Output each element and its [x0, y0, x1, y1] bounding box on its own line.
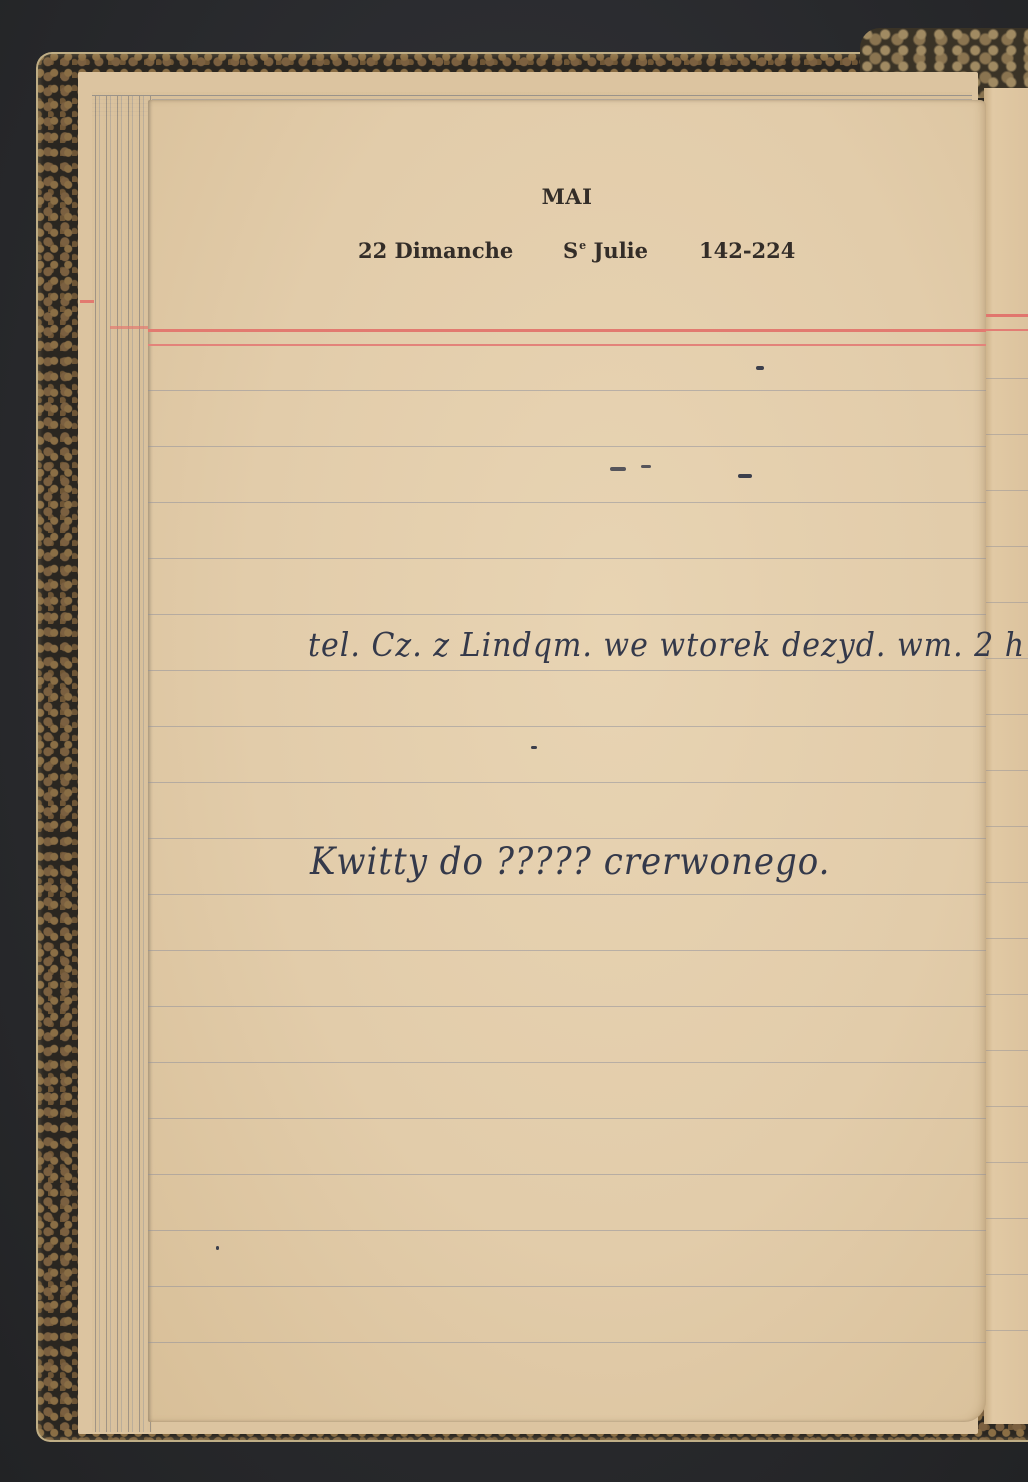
facing-page — [984, 88, 1028, 1424]
diary-page: MAI 22 Dimanche Se Julie 142-224 tel. Cz… — [148, 100, 986, 1422]
facing-rule — [984, 1106, 1028, 1107]
ruled-line — [148, 670, 986, 671]
ruled-line — [148, 1062, 986, 1063]
ink-mark — [756, 366, 764, 370]
ruled-line — [148, 1342, 986, 1343]
saint-of-day: Se Julie — [563, 238, 648, 263]
ruled-line — [148, 950, 986, 951]
ruled-line — [148, 614, 986, 615]
handwritten-entry-2: Kwitty do ????? crerwonego. — [310, 840, 830, 884]
ink-mark — [531, 746, 537, 749]
ruled-line — [148, 502, 986, 503]
ink-mark — [216, 1246, 219, 1250]
header-red-rule — [148, 329, 986, 332]
facing-rule — [984, 938, 1028, 939]
ruled-line — [148, 1286, 986, 1287]
ruled-line — [148, 894, 986, 895]
page-header: MAI 22 Dimanche Se Julie 142-224 — [148, 100, 986, 330]
month-heading: MAI — [148, 184, 986, 209]
facing-rule — [984, 546, 1028, 547]
facing-rule — [984, 1274, 1028, 1275]
facing-rule — [984, 602, 1028, 603]
facing-rule — [984, 714, 1028, 715]
stack-red-mark — [110, 326, 150, 329]
facing-rule — [984, 378, 1028, 379]
ruled-line — [148, 1230, 986, 1231]
ruled-line — [148, 390, 986, 391]
stack-red-mark — [80, 300, 94, 303]
ink-mark — [738, 474, 752, 478]
facing-rule — [984, 770, 1028, 771]
saint-prefix: S — [563, 238, 578, 263]
facing-rule — [984, 826, 1028, 827]
page-stack-fore-edges — [92, 96, 152, 1432]
ruled-line — [148, 838, 986, 839]
ruled-line — [148, 1174, 986, 1175]
day-label: 22 Dimanche — [358, 238, 513, 263]
facing-rule — [984, 882, 1028, 883]
ink-mark — [641, 465, 651, 468]
header-red-rule — [148, 344, 986, 346]
facing-rule — [984, 1218, 1028, 1219]
facing-rule — [984, 434, 1028, 435]
saint-name: Julie — [593, 238, 648, 263]
facing-rule — [984, 994, 1028, 995]
ruled-line — [148, 1006, 986, 1007]
ruled-line — [148, 558, 986, 559]
ruled-line — [148, 726, 986, 727]
ruled-line — [148, 446, 986, 447]
facing-red-rule — [984, 314, 1028, 317]
day-of-year: 142-224 — [699, 238, 795, 263]
handwritten-entry-1: tel. Cz. z Lindqm. we wtorek dezyd. wm. … — [308, 626, 1028, 665]
facing-red-rule — [984, 329, 1028, 331]
ink-mark — [610, 467, 626, 471]
facing-rule — [984, 1050, 1028, 1051]
ruled-line — [148, 1118, 986, 1119]
facing-rule — [984, 490, 1028, 491]
facing-rule — [984, 1330, 1028, 1331]
date-line: 22 Dimanche Se Julie 142-224 — [148, 238, 986, 270]
ruled-line — [148, 782, 986, 783]
facing-rule — [984, 1162, 1028, 1163]
saint-superscript: e — [579, 239, 586, 252]
